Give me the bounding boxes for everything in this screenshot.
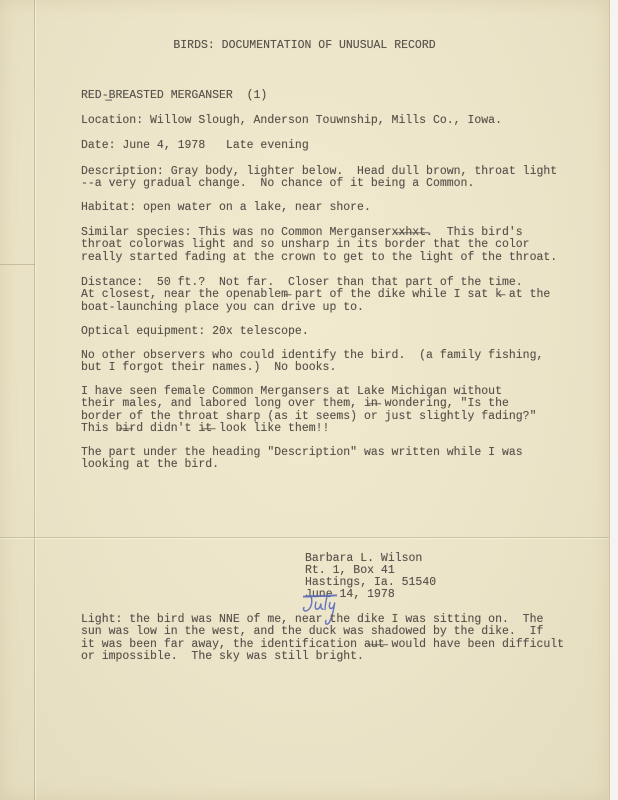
field-distance: Distance: 50 ft.? Not far. Closer than t…	[81, 277, 550, 314]
field-date: Date: June 4, 1978 Late evening	[81, 140, 309, 152]
field-observers: No other observers who could identify th…	[81, 350, 543, 375]
upper-fold-crease	[0, 264, 35, 265]
paper-sheet: BIRDS: DOCUMENTATION OF UNUSUAL RECORD R…	[0, 0, 610, 800]
field-light: Light: the bird was NNE of me, near the …	[81, 614, 564, 664]
vertical-fold-crease	[34, 0, 35, 800]
field-optical-equipment: Optical equipment: 20x telescope.	[81, 326, 309, 338]
field-note: The part under the heading "Description"…	[81, 447, 523, 472]
horizontal-fold-crease	[0, 537, 609, 538]
field-location: Location: Willow Slough, Anderson Touwns…	[81, 115, 502, 127]
field-similar-species: Similar species: This was no Common Merg…	[81, 227, 557, 264]
field-habitat: Habitat: open water on a lake, near shor…	[81, 202, 371, 214]
scanned-document: BIRDS: DOCUMENTATION OF UNUSUAL RECORD R…	[0, 0, 618, 800]
field-description: Description: Gray body, lighter below. H…	[81, 166, 557, 191]
field-experience: I have seen female Common Mergansers at …	[81, 386, 536, 436]
document-title: BIRDS: DOCUMENTATION OF UNUSUAL RECORD	[0, 40, 609, 52]
species-heading: RED-̲BREASTED MERGANSER (1)	[81, 90, 267, 102]
